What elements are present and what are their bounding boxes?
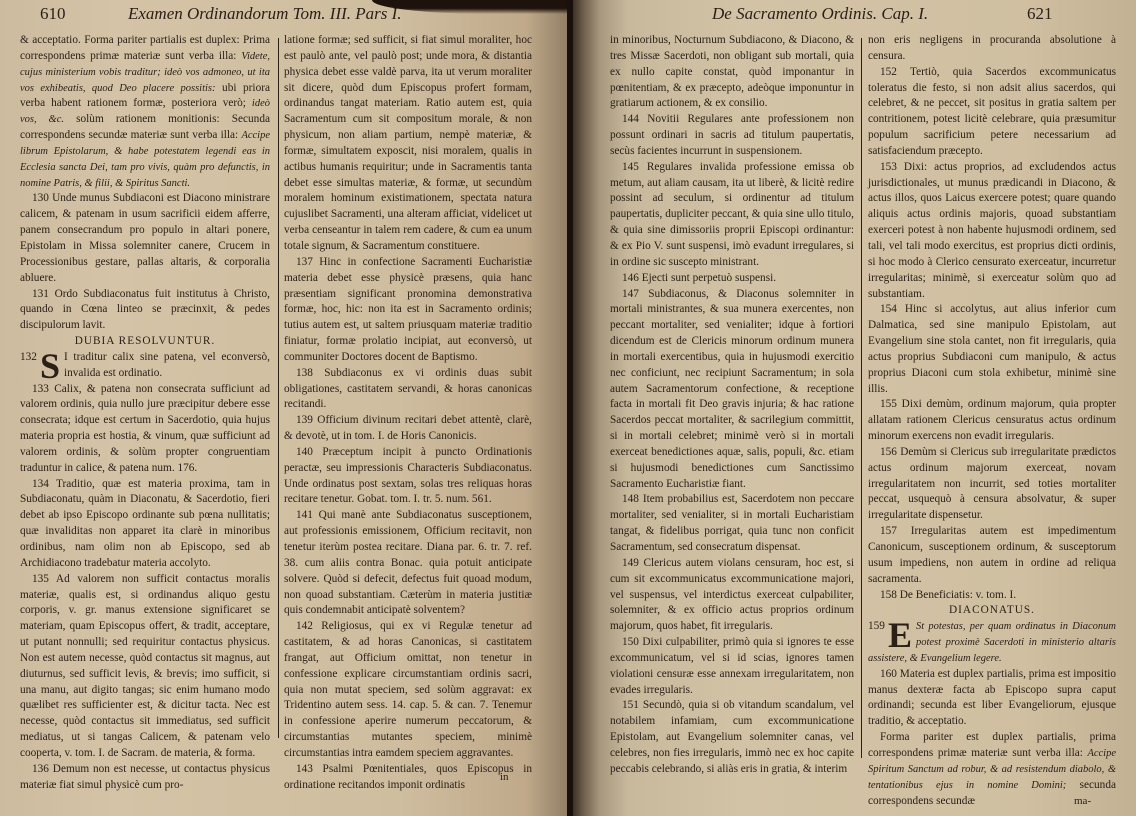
paragraph: 156 Demùm si Clericus sub irregularitate… (868, 445, 1116, 524)
left-column-1: & acceptatio. Forma pariter partialis es… (20, 33, 270, 794)
paragraph: 143 Psalmi Pœnitentiales, quos Episcopus… (284, 762, 532, 794)
paragraph: 132 SI traditur calix sine patena, vel e… (20, 350, 270, 382)
paragraph: 160 Materia est duplex partialis, prima … (868, 667, 1116, 730)
paragraph: 144 Novitii Regulares ante professionem … (610, 112, 854, 160)
book-gutter (567, 0, 573, 816)
paragraph: 149 Clericus autem violans censuram, hoc… (610, 556, 854, 635)
paragraph: 147 Subdiaconus, & Diaconus solemniter i… (610, 287, 854, 493)
paragraph: & acceptatio. Forma pariter partialis es… (20, 33, 270, 191)
paragraph: non eris negligens in procuranda absolut… (868, 33, 1116, 65)
paragraph: 145 Regulares invalida professione emiss… (610, 160, 854, 271)
right-page: De Sacramento Ordinis. Cap. I. 621 in mi… (572, 0, 1136, 816)
column-rule (278, 38, 279, 738)
paragraph: 148 Item probabilius est, Sacerdotem non… (610, 492, 854, 555)
paragraph: 130 Unde munus Subdiaconi est Diacono mi… (20, 191, 270, 286)
paragraph: 141 Qui manè ante Subdiaconatus suscepti… (284, 508, 532, 619)
page-curl-shadow (372, 0, 572, 14)
paragraph: 135 Ad valorem non sufficit contactus mo… (20, 572, 270, 762)
drop-cap: S (40, 351, 60, 381)
running-head-left: Examen Ordinandorum Tom. III. Pars I. (128, 4, 402, 24)
paragraph: 134 Traditio, quæ est materia proxima, t… (20, 477, 270, 572)
paragraph: 131 Ordo Subdiaconatus fuit institutus à… (20, 287, 270, 335)
paragraph: 151 Secundò, quia si ob vitandum scandal… (610, 698, 854, 777)
paragraph: 154 Hinc si accolytus, aut alius inferio… (868, 302, 1116, 397)
left-page: 610 Examen Ordinandorum Tom. III. Pars I… (0, 0, 572, 816)
paragraph: 138 Subdiaconus ex vi ordinis duas subit… (284, 366, 532, 414)
page-number-left: 610 (40, 4, 66, 24)
paragraph: 159 ESt potestas, per quam ordinatus in … (868, 619, 1116, 667)
paragraph: 133 Calix, & patena non consecrata suffi… (20, 382, 270, 477)
page-number-right: 621 (1027, 4, 1053, 24)
paragraph: 157 Irregularitas autem est impedimentum… (868, 524, 1116, 587)
paragraph: 137 Hinc in confectione Sacramenti Eucha… (284, 255, 532, 366)
paragraph: 139 Officium divinum recitari debet atte… (284, 413, 532, 445)
paragraph: 155 Dixi demùm, ordinum majorum, quia pr… (868, 397, 1116, 445)
paragraph: 136 Demum non est necesse, ut contactus … (20, 762, 270, 794)
paragraph: latione formæ; sed sufficit, si fiat sim… (284, 33, 532, 255)
left-column-2: latione formæ; sed sufficit, si fiat sim… (284, 33, 532, 794)
paragraph: 153 Dixi: actus proprios, ad excludendos… (868, 160, 1116, 303)
book-spread: 610 Examen Ordinandorum Tom. III. Pars I… (0, 0, 1136, 816)
paragraph: 146 Ejecti sunt perpetuò suspensi. (610, 271, 854, 287)
paragraph: 152 Tertiò, quia Sacerdos excommunicatus… (868, 65, 1116, 160)
running-head-right: De Sacramento Ordinis. Cap. I. (712, 4, 928, 24)
catchword-right: ma- (1074, 795, 1091, 807)
column-rule (861, 38, 862, 758)
catchword-left: in (500, 771, 509, 783)
right-column-2: non eris negligens in procuranda absolut… (868, 33, 1116, 809)
drop-cap: E (888, 620, 912, 650)
right-column-1: in minoribus, Nocturnum Subdiacono, & Di… (610, 33, 854, 778)
paragraph: 140 Præceptum incipit à puncto Ordinatio… (284, 445, 532, 508)
paragraph: 142 Religiosus, qui ex vi Regulæ tenetur… (284, 619, 532, 762)
paragraph: 150 Dixi culpabiliter, primò quia si ign… (610, 635, 854, 698)
paragraph: 158 De Beneficiatis: v. tom. I. (868, 588, 1116, 604)
paragraph: in minoribus, Nocturnum Subdiacono, & Di… (610, 33, 854, 112)
